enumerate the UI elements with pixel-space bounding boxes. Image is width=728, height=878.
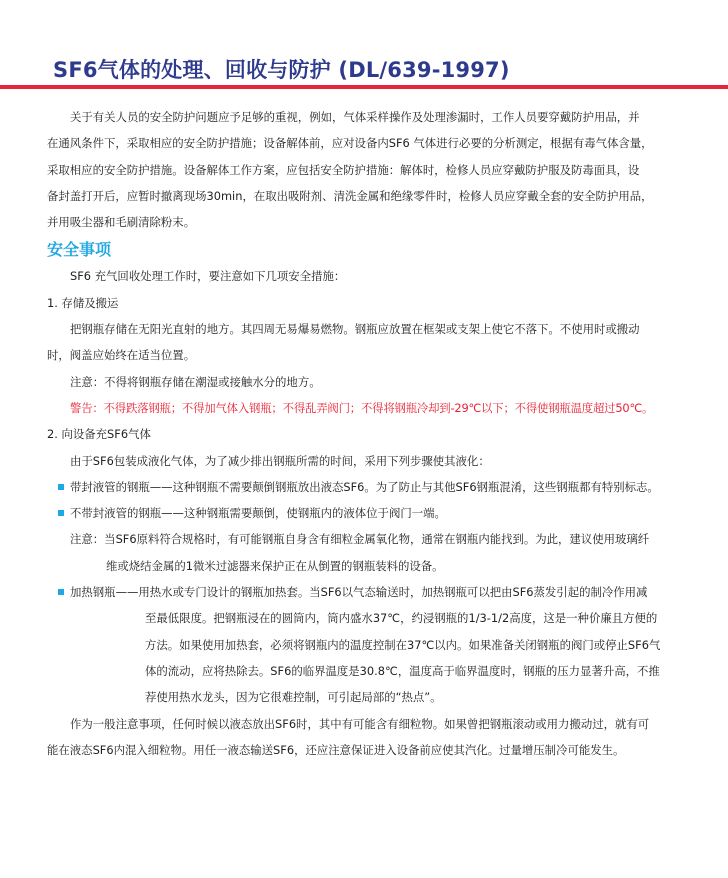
filling-note-line: 维或烧结金属的1微米过滤器来保护正在从倒置的钢瓶装料的设备。 [47, 553, 687, 579]
bullet-text: 带封液管的钢瓶——这种钢瓶不需要颠倒钢瓶放出液态SF6。为了防止与其他SF6钢瓶… [70, 480, 659, 494]
document-body: 关于有关人员的安全防护问题应予足够的重视，例如，气体采样操作及处理渗漏时，工作人… [47, 104, 687, 763]
safety-lead: SF6 充气回收处理工作时，要注意如下几项安全措施： [47, 263, 687, 289]
subsection-title-filling: 2. 向设备充SF6气体 [47, 421, 687, 447]
title-divider [0, 85, 728, 89]
bullet-text: 不带封液管的钢瓶——这种钢瓶需要颠倒，使钢瓶内的液体位于阀门一端。 [70, 506, 446, 520]
heating-label: 加热钢瓶—— [70, 579, 138, 605]
filling-lead: 由于SF6包装成液化气体，为了减少排出钢瓶所需的时间，采用下列步骤使其液化： [47, 448, 687, 474]
filling-note-line: 注意：当SF6原料符合规格时，有可能钢瓶自身含有细粒金属氧化物，通常在钢瓶内能找… [47, 526, 687, 552]
square-bullet-icon [58, 510, 64, 516]
closing-line: 能在液态SF6内混入细粒物。用任一液态输送SF6，还应注意保证进入设备前应使其汽… [47, 737, 687, 763]
heating-line: 至最低限度。把钢瓶浸在的圆筒内，筒内盛水37℃，约浸钢瓶的1/3-1/2高度，这… [47, 605, 687, 631]
intro-line: 并用吸尘器和毛刷清除粉末。 [47, 209, 687, 235]
bullet-item: 不带封液管的钢瓶——这种钢瓶需要颠倒，使钢瓶内的液体位于阀门一端。 [47, 500, 687, 526]
heating-line: 体的流动，应将热除去。SF6的临界温度是30.8℃，温度高于临界温度时，钢瓶的压… [47, 658, 687, 684]
square-bullet-icon [58, 484, 64, 490]
storage-note: 注意：不得将钢瓶存储在潮湿或接触水分的地方。 [47, 369, 687, 395]
closing-line: 作为一般注意事项，任何时候以液态放出SF6时，其中有可能含有细粒物。如果曾把钢瓶… [47, 711, 687, 737]
intro-line: 备封盖打开后，应暂时撤离现场30min，在取出吸附剂、清洗金属和绝缘零件时，检修… [47, 183, 687, 209]
heating-line: 用热水或专门设计的钢瓶加热套。当SF6以气态输送时，加热钢瓶可以把由SF6蒸发引… [138, 585, 647, 599]
intro-paragraph: 关于有关人员的安全防护问题应予足够的重视，例如，气体采样操作及处理渗漏时，工作人… [47, 104, 687, 235]
square-bullet-icon [58, 589, 64, 595]
section-heading-safety: 安全事项 [47, 237, 687, 263]
storage-body-line: 把钢瓶存储在无阳光直射的地方。其四周无易爆易燃物。钢瓶应放置在框架或支架上使它不… [47, 316, 687, 342]
intro-line: 在通风条件下，采取相应的安全防护措施；设备解体前，应对设备内SF6 气体进行必要… [47, 130, 687, 156]
heating-line: 方法。如果使用加热套，必须将钢瓶内的温度控制在37℃以内。如果准备关闭钢瓶的阀门… [47, 632, 687, 658]
storage-warning: 警告：不得跌落钢瓶；不得加气体入钢瓶；不得乱弄阀门；不得将钢瓶冷却到-29℃以下… [47, 395, 687, 421]
bullet-item-heating: 加热钢瓶——用热水或专门设计的钢瓶加热套。当SF6以气态输送时，加热钢瓶可以把由… [47, 579, 687, 605]
subsection-title-storage: 1. 存储及搬运 [47, 290, 687, 316]
intro-line: 关于有关人员的安全防护问题应予足够的重视，例如，气体采样操作及处理渗漏时，工作人… [47, 104, 687, 130]
storage-body-line: 时，阀盖应始终在适当位置。 [47, 342, 687, 368]
heating-line: 荐使用热水龙头，因为它很难控制，可引起局部的“热点”。 [47, 684, 687, 710]
bullet-item: 带封液管的钢瓶——这种钢瓶不需要颠倒钢瓶放出液态SF6。为了防止与其他SF6钢瓶… [47, 474, 687, 500]
page-title: SF6气体的处理、回收与防护 (DL/639-1997) [53, 54, 510, 84]
intro-line: 采取相应的安全防护措施。设备解体工作方案，应包括安全防护措施：解体时，检修人员应… [47, 157, 687, 183]
